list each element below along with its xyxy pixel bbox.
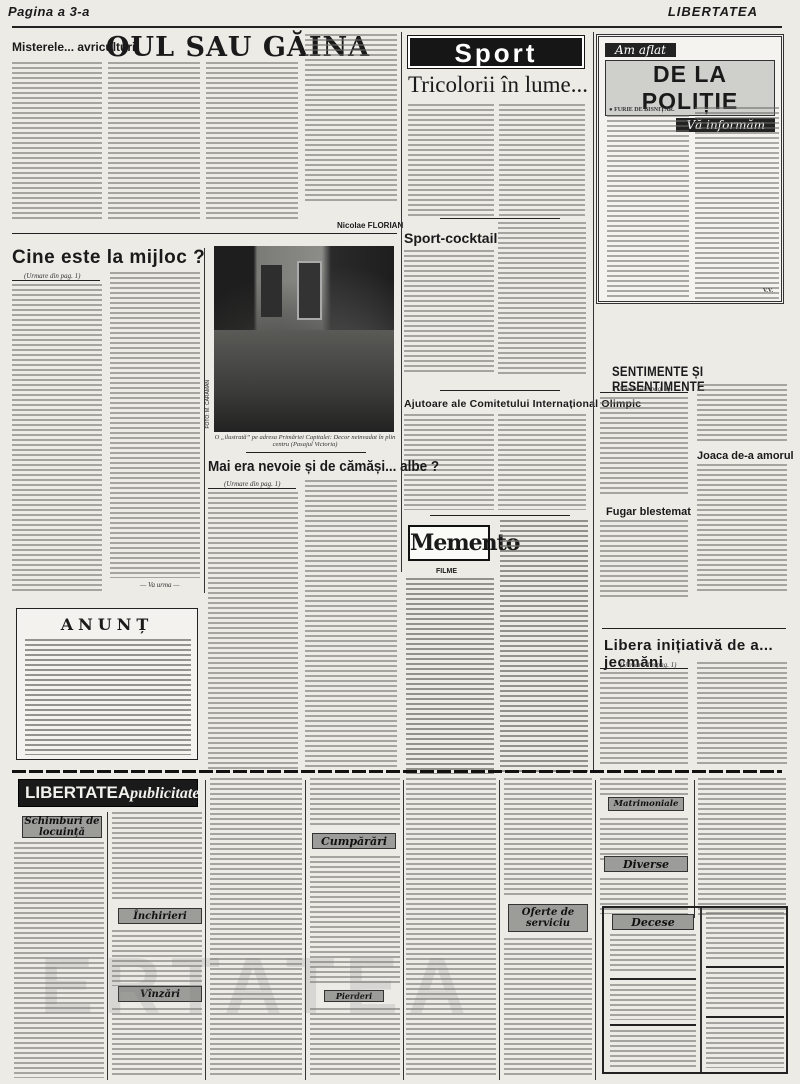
decese-negreanu: [610, 984, 696, 1020]
masthead: LIBERTATEA: [668, 4, 758, 19]
cocktail-text-col-1: [404, 250, 494, 375]
joaca-text: [697, 464, 787, 594]
street-photo: [214, 246, 394, 432]
middle-end-mark: — Va urma —: [140, 581, 179, 589]
decese-george: [706, 972, 784, 1012]
middle-text-col-2: [110, 272, 200, 578]
section-cumparari: Cumpărări: [312, 833, 396, 849]
section-diverse: Diverse: [604, 856, 688, 872]
egg-text-col-4: [305, 34, 397, 204]
decese-rule-2: [610, 1024, 696, 1026]
anunt-text: [25, 639, 191, 755]
egg-bottom-rule: [12, 233, 397, 234]
oferte-text: [504, 938, 592, 1078]
oferte-text-cont: [600, 778, 688, 796]
sentiments-rule: [600, 392, 688, 393]
class-col-rule-2: [205, 780, 206, 1080]
memento-banner: Memento: [408, 525, 490, 561]
police-box: Am aflat DE LA POLIȚIE Vă informăm ● FUR…: [596, 34, 784, 304]
initiative-text-col-2: [697, 662, 787, 764]
sport-banner: Sport: [408, 36, 584, 68]
decese-rule-3: [706, 966, 784, 968]
olympic-text-col-2: [498, 414, 586, 510]
shirts-rule: [208, 488, 296, 489]
publicitate-main: LIBERTATEA: [25, 783, 130, 802]
pierderi-text: [310, 1008, 400, 1078]
sport-rule: [440, 218, 560, 219]
cocktail-rule: [440, 390, 560, 391]
shirts-continued: (Urmare din pag. 1): [224, 480, 281, 488]
vinzari-text-cont-2: [310, 778, 400, 826]
sport-text-col-2: [499, 104, 585, 216]
section-matrimoniale: Matrimoniale: [608, 797, 684, 811]
schimburi-text-cont: [112, 812, 202, 900]
photo-rubble: [214, 330, 394, 432]
publicitate-banner: LIBERTATEApublicitate: [18, 779, 198, 807]
class-col-rule-5: [499, 780, 500, 1080]
olympic-rule: [430, 515, 570, 516]
sentiments-text-col-1: [600, 397, 688, 497]
fugar-text: [600, 520, 688, 598]
class-col-rule-3: [305, 780, 306, 1080]
middle-headline: Cine este la mijloc ?: [12, 247, 205, 269]
vinzari-text-cont: [210, 778, 302, 1078]
decese-sanda: [610, 934, 696, 974]
section-schimburi: Schimburi de locuință: [22, 816, 102, 838]
decese-frame: Decese: [602, 906, 788, 1074]
pierderi-text-cont: [406, 778, 496, 1078]
middle-rule: [12, 280, 100, 281]
egg-text-col-3: [206, 62, 298, 222]
cocktail-text-col-2: [498, 222, 586, 375]
decese-col-rule: [700, 908, 702, 1072]
initiative-rule: [600, 668, 688, 669]
cumparari-text: [310, 856, 400, 986]
photo-credit: FOTO: M. CARAMAN: [205, 380, 211, 429]
decese-familiile: [706, 912, 784, 962]
shirts-text-col-2: [305, 480, 397, 770]
class-col-rule-4: [403, 780, 404, 1080]
shirts-text-col-1: [208, 492, 298, 770]
section-pierderi: Pierderi: [324, 990, 384, 1002]
sentiments-text-col-2: [697, 384, 787, 444]
section-decese: Decese: [612, 914, 694, 930]
section-inchirieri: Închirieri: [118, 908, 202, 924]
diverse-text-cont: [698, 778, 786, 918]
cocktail-headline: Sport-cocktail: [404, 230, 497, 246]
classifieds-top-rule: [12, 770, 782, 773]
middle-text-col-1: [12, 284, 102, 594]
section-vinzari: Vînzări: [118, 986, 202, 1002]
page-number: Pagina a 3-a: [8, 4, 90, 19]
police-signature: V.V.: [763, 288, 773, 295]
decese-rule-1: [610, 978, 696, 980]
section-oferte: Oferte de serviciu: [508, 904, 588, 932]
pierderi-text-cont-2: [504, 778, 592, 898]
photo-door-right: [297, 261, 322, 321]
photo-door-left: [261, 265, 283, 317]
memento-films-col-2: [500, 520, 588, 774]
joaca-subhead: Joaca de-a amorul: [697, 450, 794, 462]
class-col-rule-1: [107, 812, 108, 1080]
egg-text-col-2: [108, 62, 200, 222]
police-top-label: Am aflat: [605, 43, 676, 57]
police-item-1: ● FURIE DE BISNIȚAR.: [609, 107, 675, 114]
decese-colegii: [706, 1022, 784, 1068]
decese-rule-4: [706, 1016, 784, 1018]
egg-byline: Nicolae FLORIAN: [337, 221, 403, 230]
class-col-rule-7: [694, 780, 695, 918]
memento-films-col-1: [406, 578, 494, 774]
anunt-title: ANUNȚ: [17, 615, 197, 634]
anunt-box: ANUNȚ: [16, 608, 198, 760]
initiative-top-rule: [602, 628, 786, 629]
fugar-subhead: Fugar blestemat: [606, 506, 691, 518]
caption-rule: [246, 452, 366, 453]
egg-text-col-1: [12, 62, 102, 222]
publicitate-sub: publicitate: [130, 785, 199, 802]
sport-text-col-1: [408, 104, 494, 216]
middle-continued: (Urmare din pag. 1): [24, 272, 81, 280]
initiative-text-col-1: [600, 672, 688, 764]
schimburi-text: [14, 842, 104, 1078]
memento-section: FILME: [436, 568, 457, 575]
inchirieri-text: [112, 930, 202, 986]
shirts-headline: Mai era nevoie și de cămăși... albe ?: [208, 458, 439, 475]
sport-headline: Tricolorii în lume...: [408, 72, 588, 98]
class-col-rule-6: [595, 780, 596, 1080]
police-text-col-1: [607, 115, 689, 299]
police-text-col-2: [695, 107, 779, 299]
decese-nesteabsa: [610, 1030, 696, 1068]
col-rule: [401, 32, 402, 572]
photo-caption: O „ilustrată” pe adresa Primăriei Capita…: [210, 434, 400, 448]
col-rule-3: [593, 32, 594, 772]
vinzari-text: [112, 1008, 202, 1078]
header-rule: [12, 26, 782, 28]
